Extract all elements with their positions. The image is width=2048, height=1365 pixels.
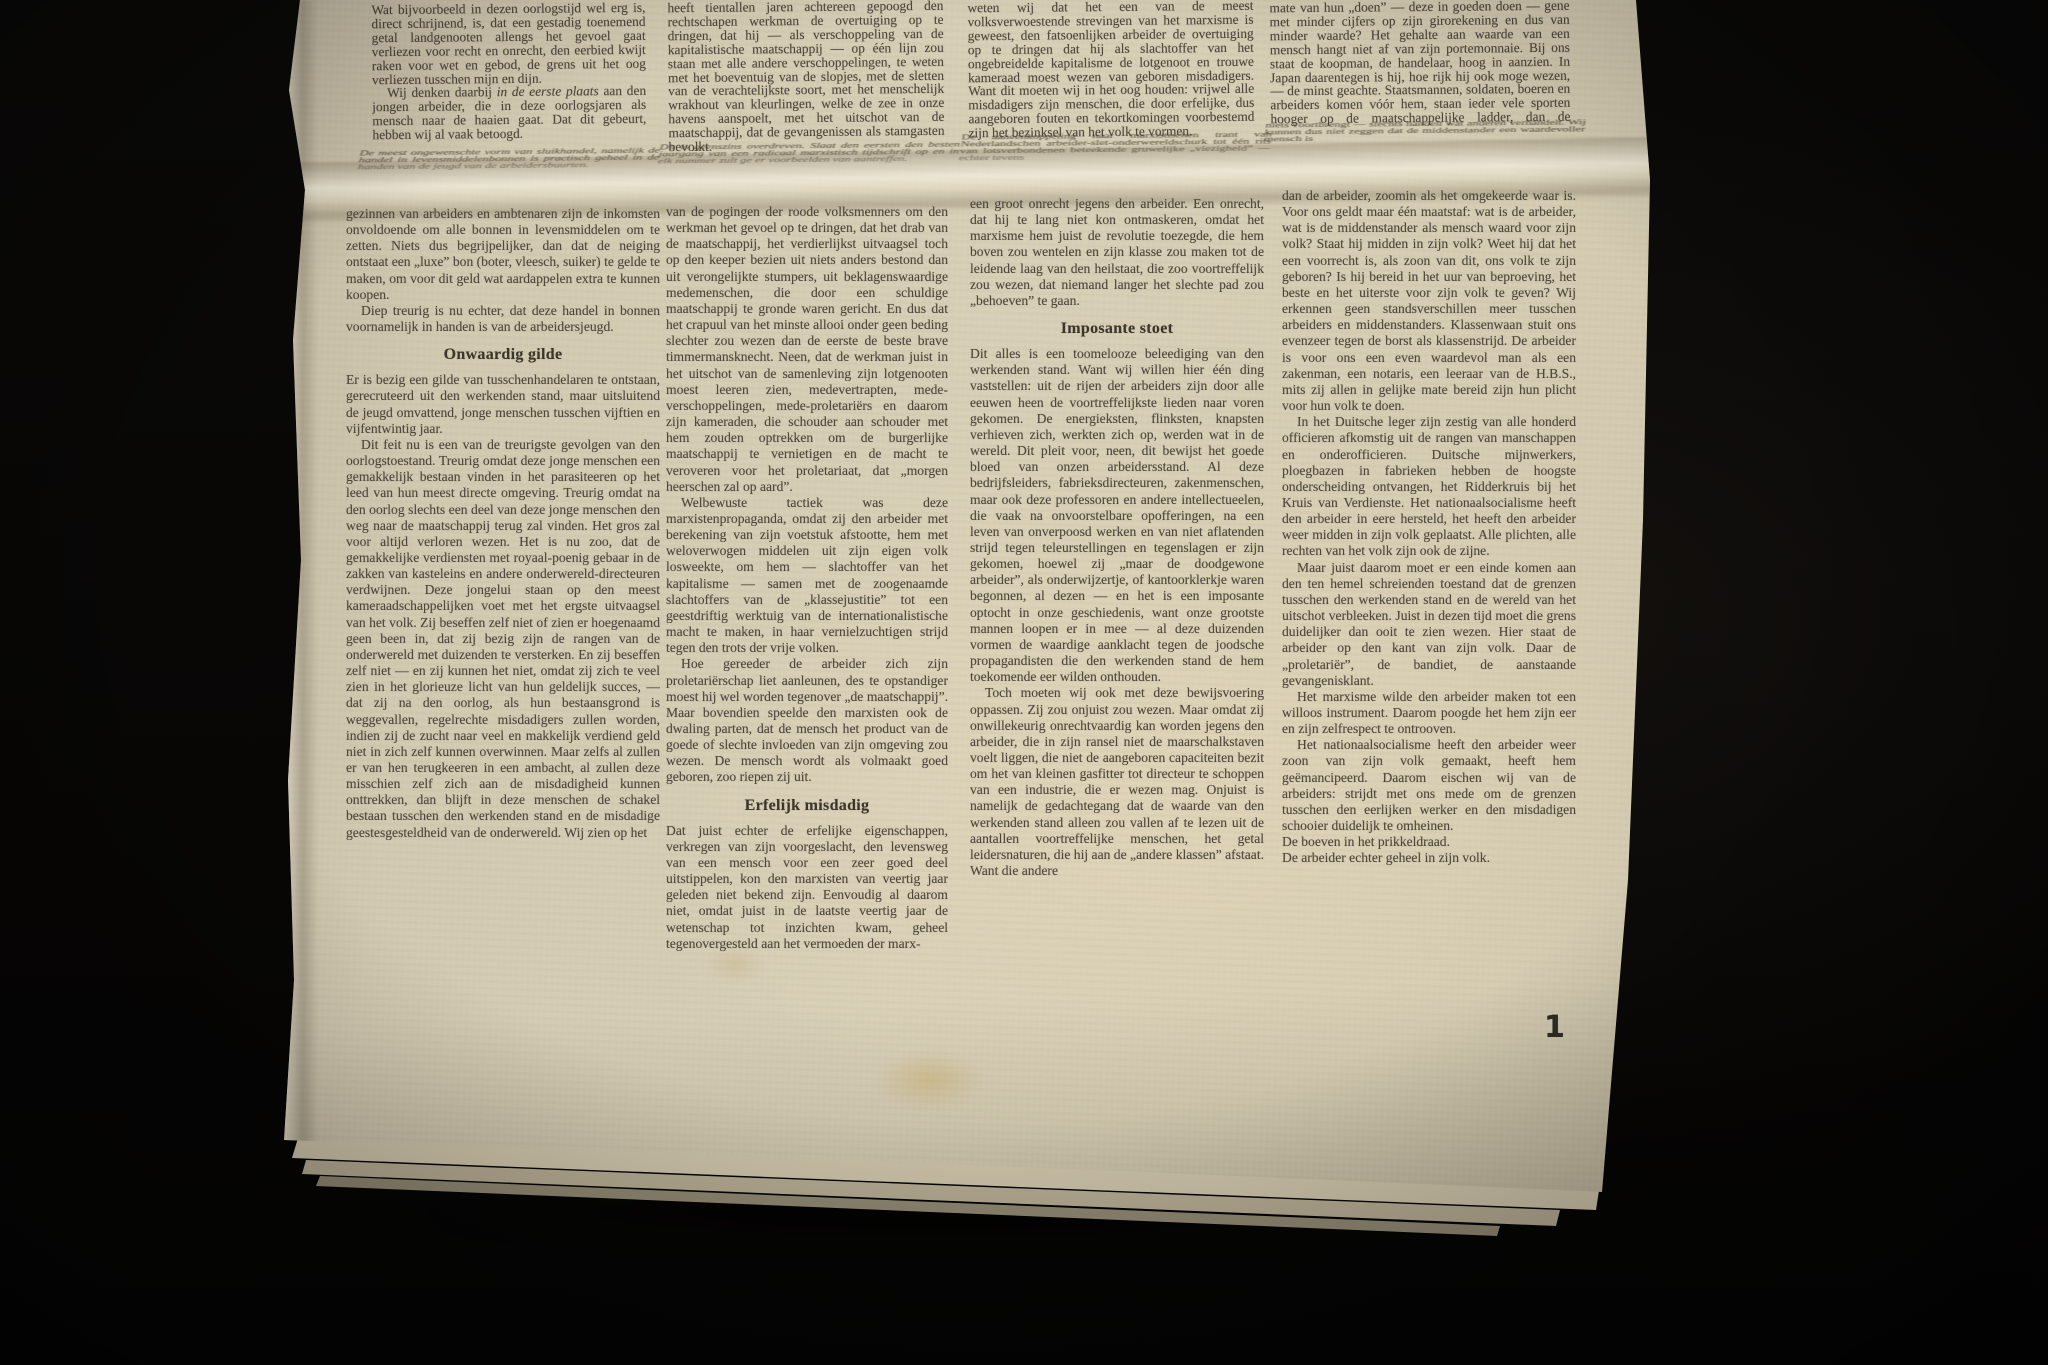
paragraph: Dat juist echter de erfelijke eigenschap… bbox=[666, 823, 948, 952]
column-1: gezinnen van arbeiders en ambtenaren zij… bbox=[346, 206, 660, 1016]
section-heading-erfelijk-misdadig: Erfelijk misdadig bbox=[666, 797, 948, 814]
paragraph: In het Duitsche leger zijn zestig van al… bbox=[1282, 414, 1576, 559]
fold-crushed-text-1: De meest ongewenschte vorm van sluikhand… bbox=[356, 147, 660, 182]
paragraph: heeft tientallen jaren achtereen gepoogd… bbox=[667, 0, 944, 151]
paragraph: Het nationaalsocialisme heeft den arbeid… bbox=[1282, 737, 1576, 834]
paragraph: Wat bijvoorbeeld in dezen oorlogstijd we… bbox=[371, 1, 646, 87]
fold-crushed-text-2: Dit is geenszins overdreven. Slaat den e… bbox=[656, 141, 960, 176]
paragraph: Toch moeten wij ook met deze bewijsvoeri… bbox=[970, 685, 1264, 879]
paragraph: Welbewuste tactiek was deze marxistenpro… bbox=[666, 495, 948, 657]
section-heading-imposante-stoet: Imposante stoet bbox=[970, 320, 1264, 337]
paragraph: Diep treurig is nu echter, dat deze hand… bbox=[346, 303, 660, 335]
fold-crushed-text-4: niets voortbrengt — slechts handelt wat … bbox=[1262, 119, 1587, 155]
top-column-4: mate van hun „doen” — deze in goeden doe… bbox=[1269, 0, 1570, 127]
paragraph: van de pogingen der roode volksmenners o… bbox=[666, 204, 948, 495]
column-4: dan de arbeider, zoomin als het omgekeer… bbox=[1282, 188, 1576, 1020]
paragraph: gezinnen van arbeiders en ambtenaren zij… bbox=[346, 206, 660, 303]
newspaper-photo: Wat bijvoorbeeld in dezen oorlogstijd we… bbox=[0, 0, 2048, 1365]
paragraph: De arbeider echter geheel in zijn volk. bbox=[1282, 850, 1576, 866]
paragraph: een groot onrecht jegens den arbeider. E… bbox=[970, 196, 1264, 309]
paragraph: mate van hun „doen” — deze in goeden doe… bbox=[1269, 0, 1570, 127]
paragraph: Er is bezig een gilde van tusschenhandel… bbox=[346, 372, 660, 437]
paragraph: Dit alles is een toomelooze beleediging … bbox=[970, 346, 1264, 685]
paragraph: Het marxisme wilde den arbeider maken to… bbox=[1282, 689, 1576, 737]
paragraph: De boeven in het prikkeldraad. bbox=[1282, 834, 1576, 850]
top-column-3: weten wij dat het een van de meest volks… bbox=[967, 0, 1254, 143]
page-number: 1 bbox=[1544, 1010, 1565, 1045]
paper-stain bbox=[855, 1040, 1005, 1120]
top-column-1: Wat bijvoorbeeld in dezen oorlogstijd we… bbox=[371, 1, 646, 155]
column-2: van de pogingen der roode volksmenners o… bbox=[666, 204, 948, 1012]
paragraph: Maar juist daarom moet er een einde kome… bbox=[1282, 560, 1576, 689]
paragraph: Wij denken daarbij in de eerste plaats a… bbox=[372, 84, 646, 142]
paragraph: Dit feit nu is een van de treurigste gev… bbox=[346, 437, 660, 841]
fold-crushed-text-3: De aaneenkoppeling naar marxistischen tr… bbox=[958, 131, 1272, 167]
section-heading-onwaardig-gilde: Onwaardig gilde bbox=[346, 346, 660, 363]
paragraph: dan de arbeider, zoomin als het omgekeer… bbox=[1282, 188, 1576, 414]
column-3: een groot onrecht jegens den arbeider. E… bbox=[970, 196, 1264, 996]
paragraph: weten wij dat het een van de meest volks… bbox=[967, 0, 1254, 140]
paragraph: Hoe gereeder de arbeider zich zijn prole… bbox=[666, 656, 948, 785]
top-column-2: heeft tientallen jaren achtereen gepoogd… bbox=[667, 0, 944, 151]
